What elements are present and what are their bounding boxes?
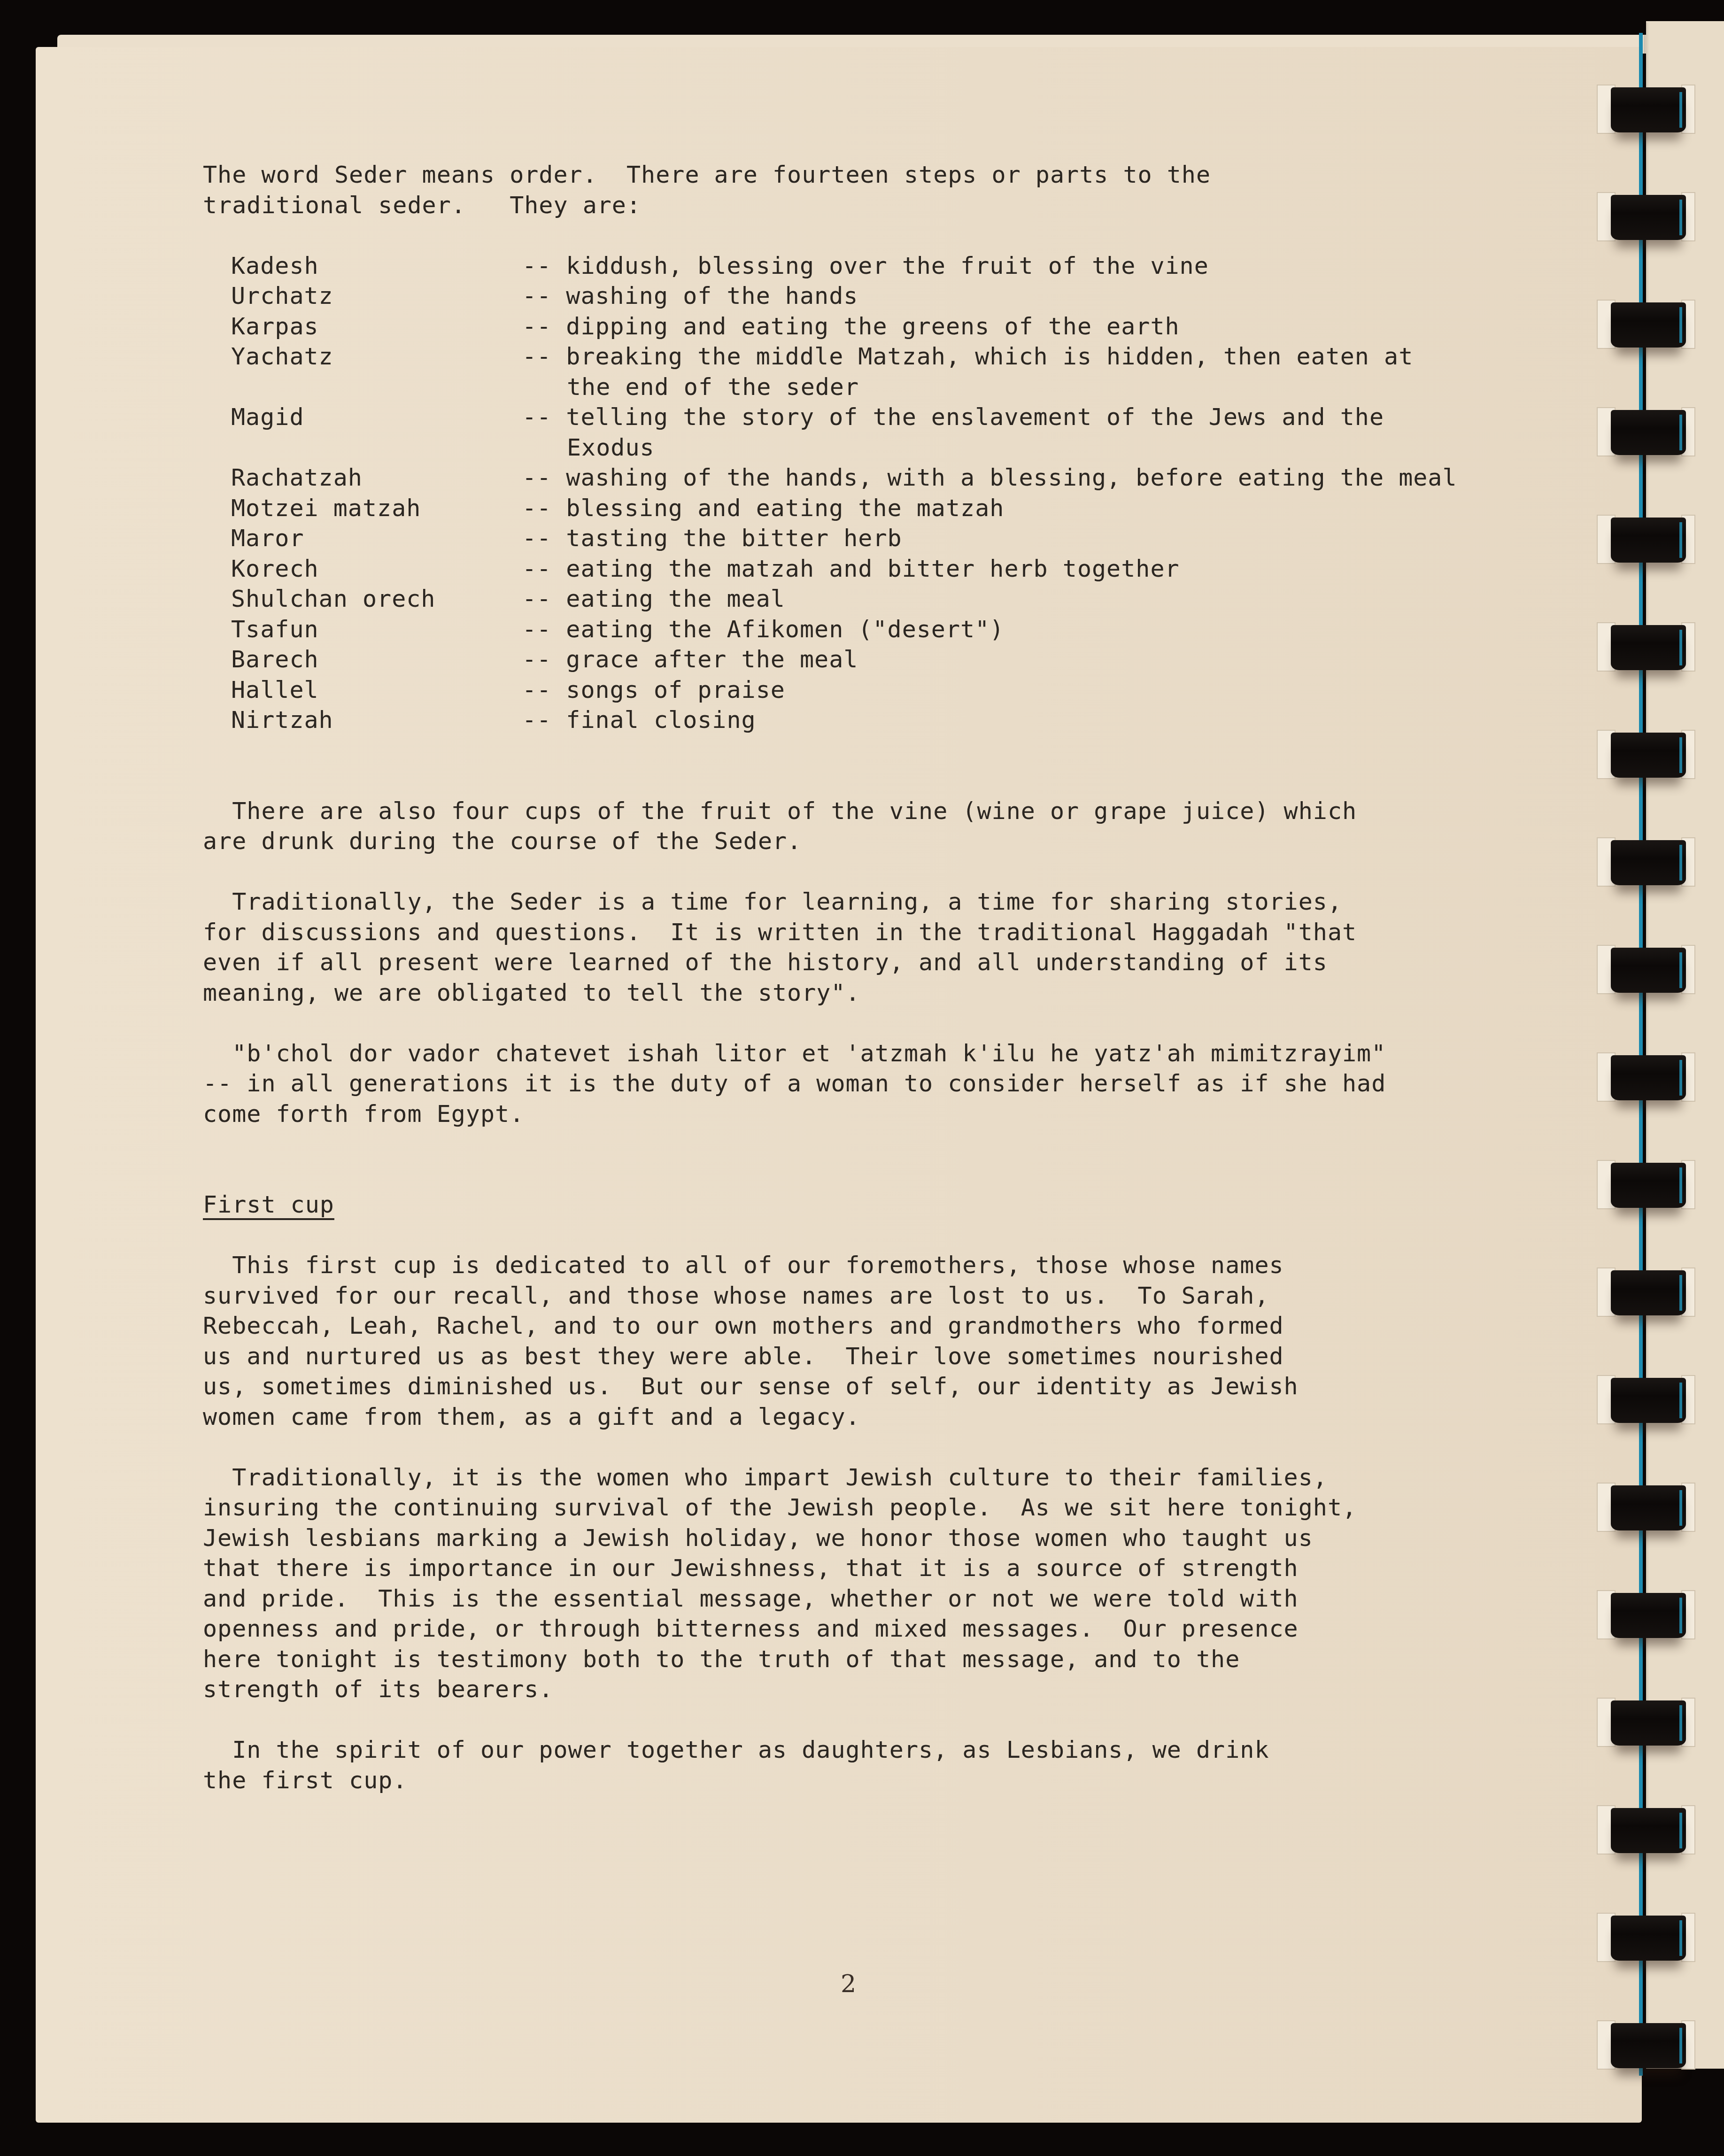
- text-line: insuring the continuing survival of the …: [203, 1492, 1471, 1523]
- step-description: -- eating the matzah and bitter herb tog…: [522, 554, 1471, 584]
- step-name: Yachatz: [203, 341, 522, 402]
- binding-ring: [1597, 1805, 1691, 1855]
- seder-step: Barech-- grace after the meal: [203, 644, 1471, 675]
- step-description: -- eating the meal: [522, 584, 1471, 614]
- step-name: Urchatz: [203, 281, 522, 311]
- women-paragraph: Traditionally, it is the women who impar…: [203, 1462, 1471, 1705]
- text-line: There are also four cups of the fruit of…: [203, 796, 1471, 827]
- binding-ring: [1597, 1375, 1691, 1424]
- text-line: are drunk during the course of the Seder…: [203, 826, 1471, 857]
- text-line: Traditionally, it is the women who impar…: [203, 1462, 1471, 1493]
- step-name: Barech: [203, 644, 522, 675]
- text-line: The word Seder means order. There are fo…: [203, 160, 1471, 190]
- seder-step: Maror-- tasting the bitter herb: [203, 523, 1471, 554]
- step-description: -- songs of praise: [522, 675, 1471, 705]
- step-description: -- telling the story of the enslavement …: [522, 402, 1471, 463]
- step-description: -- grace after the meal: [522, 644, 1471, 675]
- seder-step: Nirtzah-- final closing: [203, 705, 1471, 735]
- text-line: us and nurtured us as best they were abl…: [203, 1341, 1471, 1372]
- binding-ring: [1597, 1698, 1691, 1747]
- seder-steps-list: Kadesh-- kiddush, blessing over the frui…: [203, 251, 1471, 735]
- step-description: -- final closing: [522, 705, 1471, 735]
- step-description: -- tasting the bitter herb: [522, 523, 1471, 554]
- quote-paragraph: "b'chol dor vador chatevet ishah litor e…: [203, 1038, 1471, 1129]
- step-name: Nirtzah: [203, 705, 522, 735]
- binding-ring: [1597, 192, 1691, 241]
- text-line: come forth from Egypt.: [203, 1099, 1471, 1129]
- text-line: Rebeccah, Leah, Rachel, and to our own m…: [203, 1311, 1471, 1341]
- text-line: and pride. This is the essential message…: [203, 1584, 1471, 1614]
- step-description: -- kiddush, blessing over the fruit of t…: [522, 251, 1471, 281]
- text-line: strength of its bearers.: [203, 1674, 1471, 1705]
- binding-ring: [1597, 1913, 1691, 1962]
- document-body: The word Seder means order. There are fo…: [203, 160, 1471, 1826]
- step-name: Hallel: [203, 675, 522, 705]
- section-heading: First cup: [203, 1190, 1471, 1220]
- step-name: Kadesh: [203, 251, 522, 281]
- text-line: here tonight is testimony both to the tr…: [203, 1644, 1471, 1675]
- text-line: survived for our recall, and those whose…: [203, 1281, 1471, 1311]
- seder-step: Magid-- telling the story of the enslave…: [203, 402, 1471, 463]
- page-number: 2: [841, 1970, 856, 1998]
- step-name: Karpas: [203, 311, 522, 342]
- step-description: -- blessing and eating the matzah: [522, 493, 1471, 524]
- seder-step: Korech-- eating the matzah and bitter he…: [203, 554, 1471, 584]
- text-line: for discussions and questions. It is wri…: [203, 917, 1471, 948]
- binding-ring: [1597, 1160, 1691, 1209]
- binding-ring: [1597, 1483, 1691, 1532]
- text-line: meaning, we are obligated to tell the st…: [203, 978, 1471, 1008]
- text-line: Jewish lesbians marking a Jewish holiday…: [203, 1523, 1471, 1553]
- seder-step: Tsafun-- eating the Afikomen ("desert"): [203, 614, 1471, 645]
- binding-ring: [1597, 730, 1691, 779]
- text-line: In the spirit of our power together as d…: [203, 1735, 1471, 1765]
- step-description: -- washing of the hands, with a blessing…: [522, 463, 1471, 493]
- binding-ring: [1597, 837, 1691, 887]
- step-description: -- eating the Afikomen ("desert"): [522, 614, 1471, 645]
- text-line: openness and pride, or through bitternes…: [203, 1614, 1471, 1644]
- step-name: Korech: [203, 554, 522, 584]
- binding-ring: [1597, 300, 1691, 349]
- binding-ring: [1597, 515, 1691, 564]
- step-name: Maror: [203, 523, 522, 554]
- seder-step: Motzei matzah-- blessing and eating the …: [203, 493, 1471, 524]
- text-line: even if all present were learned of the …: [203, 947, 1471, 978]
- section-heading-block: First cup: [203, 1190, 1471, 1220]
- step-description: -- washing of the hands: [522, 281, 1471, 311]
- binding-ring: [1597, 2020, 1691, 2070]
- text-line: that there is importance in our Jewishne…: [203, 1553, 1471, 1584]
- binding-ring: [1597, 945, 1691, 994]
- first-cup-paragraph: This first cup is dedicated to all of ou…: [203, 1250, 1471, 1432]
- step-name: Shulchan orech: [203, 584, 522, 614]
- tradition-paragraph: Traditionally, the Seder is a time for l…: [203, 887, 1471, 1008]
- seder-step: Hallel-- songs of praise: [203, 675, 1471, 705]
- step-name: Rachatzah: [203, 463, 522, 493]
- binding-ring: [1597, 85, 1691, 134]
- binding-ring: [1597, 622, 1691, 672]
- four-cups-paragraph: There are also four cups of the fruit of…: [203, 796, 1471, 857]
- text-line: the first cup.: [203, 1765, 1471, 1796]
- step-name: Motzei matzah: [203, 493, 522, 524]
- text-line: "b'chol dor vador chatevet ishah litor e…: [203, 1038, 1471, 1069]
- binding-ring: [1597, 407, 1691, 456]
- text-line: -- in all generations it is the duty of …: [203, 1068, 1471, 1099]
- text-line: women came from them, as a gift and a le…: [203, 1402, 1471, 1432]
- seder-step: Karpas-- dipping and eating the greens o…: [203, 311, 1471, 342]
- seder-step: Kadesh-- kiddush, blessing over the frui…: [203, 251, 1471, 281]
- binding-ring: [1597, 1590, 1691, 1639]
- text-line: us, sometimes diminished us. But our sen…: [203, 1371, 1471, 1402]
- step-name: Magid: [203, 402, 522, 463]
- text-line: This first cup is dedicated to all of ou…: [203, 1250, 1471, 1281]
- intro-paragraph: The word Seder means order. There are fo…: [203, 160, 1471, 220]
- binding-ring: [1597, 1052, 1691, 1102]
- seder-step: Yachatz-- breaking the middle Matzah, wh…: [203, 341, 1471, 402]
- closing-paragraph: In the spirit of our power together as d…: [203, 1735, 1471, 1795]
- binding-ring: [1597, 1267, 1691, 1317]
- text-line: traditional seder. They are:: [203, 190, 1471, 221]
- step-description: -- dipping and eating the greens of the …: [522, 311, 1471, 342]
- seder-step: Shulchan orech-- eating the meal: [203, 584, 1471, 614]
- step-name: Tsafun: [203, 614, 522, 645]
- seder-step: Urchatz-- washing of the hands: [203, 281, 1471, 311]
- text-line: Traditionally, the Seder is a time for l…: [203, 887, 1471, 917]
- step-description: -- breaking the middle Matzah, which is …: [522, 341, 1471, 402]
- seder-step: Rachatzah-- washing of the hands, with a…: [203, 463, 1471, 493]
